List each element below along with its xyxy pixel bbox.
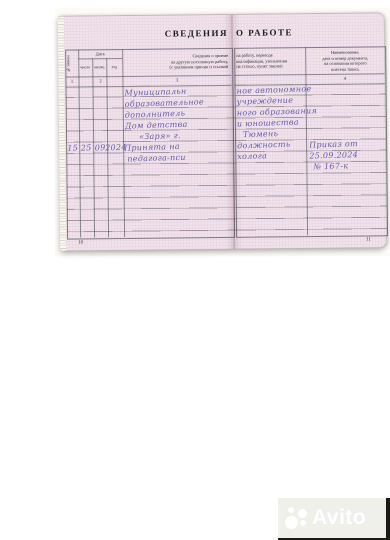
date-sub-month: месяц [92,64,106,69]
handwritten-org-line: Дом детства [125,120,188,132]
record-position-line: холога [237,151,267,162]
record-number-column-header: № записи [66,52,77,76]
avito-wordmark: Avito [312,506,366,530]
avito-dots-icon [285,505,309,531]
record-order-line: № 167-к [313,161,348,172]
record-day: 25 [79,143,93,153]
screenshot: СВЕДЕНИЯ О РАБОТЕ № записи Дата [0,0,390,540]
handwritten-org-line: учреждение [237,96,294,108]
handwritten-org-line: Тюмень [243,129,278,140]
date-sub-year: год [106,64,122,69]
record-position-line: Принята на [124,142,180,154]
page-number-left: 10 [78,240,83,245]
handwritten-org-line: и юношества [237,118,299,130]
work-record-book-spread: СВЕДЕНИЯ О РАБОТЕ № записи Дата [58,12,386,250]
record-position-line: должность [237,140,291,152]
book-spine [224,15,242,249]
page-number-right: 11 [366,237,371,242]
record-order-line: Приказ от [309,139,358,151]
record-order-line: 25.09.2024 [309,150,358,162]
record-position-line: педагога-пси [127,153,186,165]
header-line: внесена запись [307,66,383,72]
info-column-header-right: на работу, переводе квалификации, увольн… [236,52,303,69]
spread-title-right: О РАБОТЕ [236,27,346,38]
column-number: 4 [305,75,384,81]
avito-logo-dot [300,520,306,526]
handwritten-org-line: дополнитель [125,109,186,121]
header-line: (с указанием причин и ссылкой [124,64,228,71]
avito-watermark: Avito [278,498,390,540]
date-sub-day: число [78,64,92,69]
avito-logo-dot [288,507,294,513]
handwritten-org-line: Муниципальн [124,87,186,99]
column-number: 1 [65,79,78,84]
column-number: 2 [78,78,122,83]
avito-logo-dot [285,516,298,529]
document-photo: СВЕДЕНИЯ О РАБОТЕ № записи Дата [55,8,390,256]
handwritten-org-line: «Заря» г. [139,131,181,142]
date-column-header: Дата [78,51,122,57]
avito-logo: Avito [278,505,366,531]
record-year: 2024 [105,143,125,154]
document-column-header: Наименование, дата и номер документа, на… [307,49,383,72]
spread-title-left: СВЕДЕНИЯ [122,28,228,39]
info-column-header-left: Сведения о приеме на другую постоянную р… [124,53,228,71]
header-line: на статью, пункт закона) [236,63,303,69]
avito-logo-dot [298,509,307,518]
record-number: 15 [66,143,79,153]
